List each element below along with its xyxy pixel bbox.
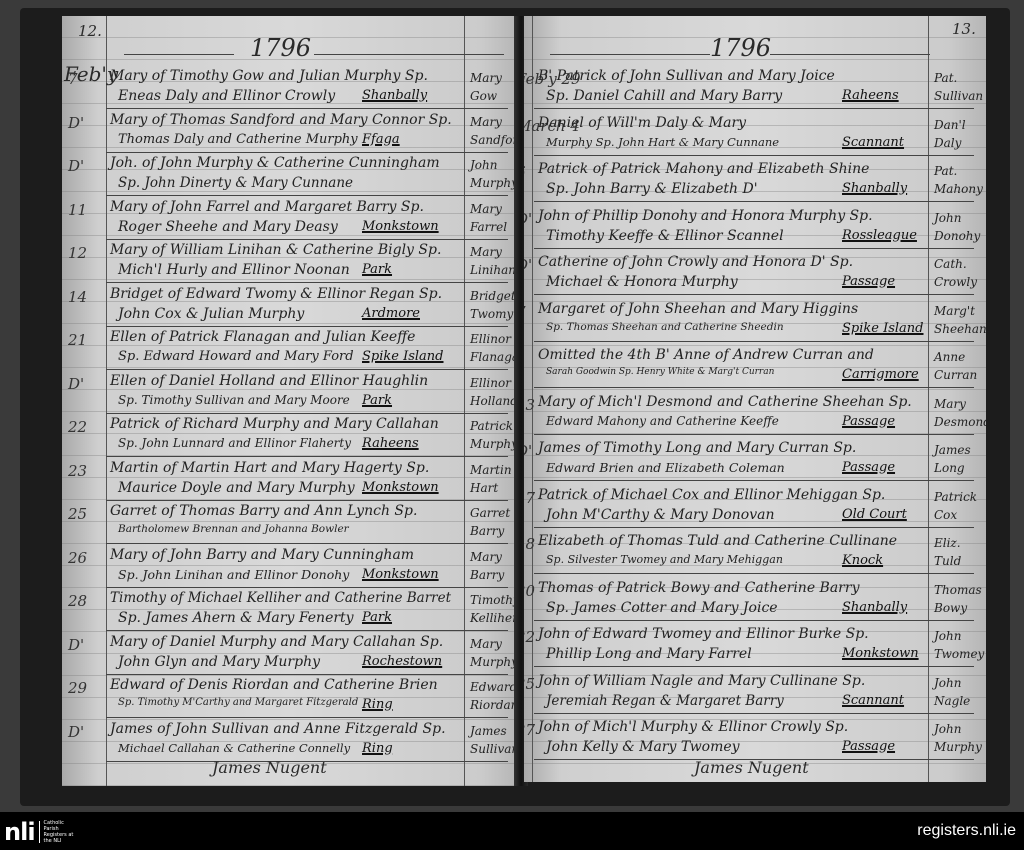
- margin-surname: Sheehan: [934, 321, 986, 337]
- entry-line-sponsors: Timothy Keeffe & Ellinor Scannel: [546, 228, 784, 244]
- margin-surname: Curran: [934, 367, 977, 383]
- entry-line-child-parents: Bridget of Edward Twomy & Ellinor Regan …: [110, 286, 442, 302]
- entry-townland: Ardmore: [362, 306, 420, 321]
- entry-date: D': [524, 442, 532, 460]
- entry-date: 22: [524, 628, 535, 646]
- entry-date: 13: [524, 396, 535, 414]
- entry-townland: Rossleague: [842, 228, 917, 243]
- margin-child-name: Mary: [470, 636, 502, 652]
- margin-column-rule: [464, 16, 465, 786]
- margin-surname: Sullivan: [470, 741, 518, 757]
- entry-line-child-parents: Catherine of John Crowly and Honora D' S…: [538, 254, 853, 270]
- entry-line-child-parents: John of William Nagle and Mary Cullinane…: [538, 673, 865, 689]
- page-number: 13.: [952, 20, 976, 38]
- entry-line-sponsors: Phillip Long and Mary Farrel: [546, 646, 752, 662]
- register-scan: 12. 1796 Feb'y 7Mary of Timothy Gow and …: [0, 0, 1024, 812]
- entry-line-child-parents: Ellen of Patrick Flanagan and Julian Kee…: [110, 329, 415, 345]
- entry-line-child-parents: Edward of Denis Riordan and Catherine Br…: [110, 677, 438, 693]
- entry-line-sponsors: Mich'l Hurly and Ellinor Noonan: [118, 262, 350, 278]
- entry-line-sponsors: Maurice Doyle and Mary Murphy: [118, 480, 355, 496]
- entry-line-sponsors: Sp. Silvester Twomey and Mary Mehiggan: [546, 553, 783, 566]
- entry-townland: Raheens: [362, 436, 419, 451]
- margin-child-name: Edward: [470, 679, 517, 695]
- margin-surname: Twomey: [934, 646, 984, 662]
- entry-townland: Shanbally: [842, 181, 907, 196]
- priest-signature: James Nugent: [694, 758, 809, 777]
- entry-date: D': [524, 210, 532, 228]
- entry-townland: Scannant: [842, 693, 904, 708]
- entry-date: 29: [68, 679, 87, 697]
- margin-surname: Nagle: [934, 693, 970, 709]
- entry-line-sponsors: Sp. James Ahern & Mary Fenerty: [118, 610, 354, 626]
- entry-townland: Park: [362, 610, 392, 625]
- entry-date: 26: [68, 549, 87, 567]
- margin-surname: Farrel: [470, 219, 507, 235]
- year-heading: 1796: [710, 34, 771, 62]
- margin-child-name: Mary: [934, 396, 966, 412]
- entry-line-sponsors: John Cox & Julian Murphy: [118, 306, 304, 322]
- margin-child-name: Mary: [470, 70, 502, 86]
- entry-date: 23: [68, 462, 87, 480]
- margin-surname: Bowy: [934, 600, 967, 616]
- entry-line-child-parents: Ellen of Daniel Holland and Ellinor Haug…: [110, 373, 428, 389]
- margin-child-name: Mary: [470, 114, 502, 130]
- margin-child-name: Garret: [470, 505, 510, 521]
- nli-logo-text: Catholic Parish Registers at the NLI: [44, 820, 80, 844]
- entry-line-child-parents: John of Edward Twomey and Ellinor Burke …: [538, 626, 869, 642]
- entry-line-sponsors: Sarah Goodwin Sp. Henry White & Marg't C…: [546, 367, 774, 377]
- entry-townland: Passage: [842, 414, 895, 429]
- entry-line-child-parents: Joh. of John Murphy & Catherine Cunningh…: [110, 155, 440, 171]
- entry-line-sponsors: John Glyn and Mary Murphy: [118, 654, 320, 670]
- margin-child-name: John: [470, 157, 498, 173]
- margin-child-name: Mary: [470, 201, 502, 217]
- entry-townland: Carrigmore: [842, 367, 919, 382]
- entry-line-child-parents: Garret of Thomas Barry and Ann Lynch Sp.: [110, 503, 417, 519]
- entry-line-sponsors: Roger Sheehe and Mary Deasy: [118, 219, 338, 235]
- entry-line-sponsors: Michael Callahan & Catherine Connelly: [118, 741, 350, 755]
- priest-signature: James Nugent: [212, 758, 327, 777]
- margin-surname: Murphy: [934, 739, 982, 755]
- margin-surname: Barry: [470, 567, 504, 583]
- entry-townland: Park: [362, 393, 392, 408]
- entry-townland: Passage: [842, 460, 895, 475]
- entry-townland: Scannant: [842, 135, 904, 150]
- entry-date: 17: [524, 489, 535, 507]
- margin-child-name: John: [934, 721, 962, 737]
- entry-line-child-parents: Patrick of Richard Murphy and Mary Calla…: [110, 416, 439, 432]
- entry-townland: Old Court: [842, 507, 907, 522]
- margin-column-rule: [928, 16, 929, 782]
- margin-child-name: Anne: [934, 349, 965, 365]
- entry-line-sponsors: Sp. Timothy Sullivan and Mary Moore: [118, 393, 350, 407]
- margin-surname: Hart: [470, 480, 498, 496]
- entry-line-child-parents: Thomas of Patrick Bowy and Catherine Bar…: [538, 580, 859, 596]
- margin-child-name: Eliz.: [934, 535, 961, 551]
- entry-line-child-parents: Mary of William Linihan & Catherine Bigl…: [110, 242, 441, 258]
- entry-line-sponsors: Sp. John Barry & Elizabeth D': [546, 181, 758, 197]
- margin-child-name: Martin: [470, 462, 512, 478]
- entry-line-child-parents: James of Timothy Long and Mary Curran Sp…: [538, 440, 856, 456]
- entry-date: 14: [68, 288, 87, 306]
- margin-surname: Kelliher: [470, 610, 518, 626]
- margin-surname: Daly: [934, 135, 961, 151]
- margin-surname: Sullivan: [934, 88, 983, 104]
- entry-line-sponsors: Murphy Sp. John Hart & Mary Cunnane: [546, 135, 779, 149]
- year-heading: 1796: [250, 34, 311, 62]
- entry-date: D': [524, 256, 532, 274]
- entry-date: 7: [524, 303, 526, 321]
- entry-date: 11: [68, 201, 87, 219]
- margin-child-name: Patrick: [470, 418, 513, 434]
- margin-surname: Sandford: [470, 132, 518, 148]
- entry-date: D': [68, 723, 84, 741]
- entry-line-sponsors: Sp. Daniel Cahill and Mary Barry: [546, 88, 782, 104]
- margin-child-name: Dan'l: [934, 117, 966, 133]
- margin-surname: Desmond: [934, 414, 986, 430]
- margin-child-name: Mary: [470, 549, 502, 565]
- margin-surname: Barry: [470, 523, 504, 539]
- entry-line-sponsors: John Kelly & Mary Twomey: [546, 739, 740, 755]
- entry-line-sponsors: Sp. Thomas Sheehan and Catherine Sheedin: [546, 321, 784, 333]
- entry-townland: Spike Island: [842, 321, 924, 336]
- entry-line-sponsors: Sp. Timothy M'Carthy and Margaret Fitzge…: [118, 697, 358, 708]
- entry-line-child-parents: Mary of Thomas Sandford and Mary Connor …: [110, 112, 452, 128]
- entry-date: 28: [68, 592, 87, 610]
- entry-line-child-parents: John of Phillip Donohy and Honora Murphy…: [538, 208, 873, 224]
- entry-line-child-parents: Mary of Mich'l Desmond and Catherine She…: [538, 394, 912, 410]
- entry-date: 6: [524, 163, 526, 181]
- margin-surname: Murphy: [470, 436, 518, 452]
- entry-line-sponsors: Thomas Daly and Catherine Murphy: [118, 132, 358, 147]
- margin-surname: Crowly: [934, 274, 977, 290]
- entry-line-child-parents: Patrick of Michael Cox and Ellinor Mehig…: [538, 487, 885, 503]
- entry-date: D': [68, 157, 84, 175]
- margin-surname: Donohy: [934, 228, 980, 244]
- margin-child-name: John: [934, 628, 962, 644]
- entry-townland: Monkstown: [362, 567, 439, 582]
- margin-child-name: Thomas: [934, 582, 982, 598]
- margin-child-name: James: [934, 442, 971, 458]
- entry-line-child-parents: Timothy of Michael Kelliher and Catherin…: [110, 590, 451, 606]
- margin-child-name: Ellinor: [470, 331, 511, 347]
- entry-line-sponsors: Sp. John Linihan and Ellinor Donohy: [118, 567, 349, 582]
- entry-townland: Ffaga: [362, 132, 400, 147]
- site-link[interactable]: registers.nli.ie: [917, 822, 1016, 840]
- entry-line-sponsors: Michael & Honora Murphy: [546, 274, 738, 290]
- entry-line-sponsors: Sp. Edward Howard and Mary Ford: [118, 349, 354, 364]
- viewer-footer: nli Catholic Parish Registers at the NLI…: [0, 812, 1024, 850]
- entry-townland: Monkstown: [362, 480, 439, 495]
- entry-date: 21: [68, 331, 87, 349]
- entry-date: 25: [68, 505, 87, 523]
- date-column-rule: [106, 16, 107, 786]
- margin-child-name: Pat.: [934, 70, 957, 86]
- entry-townland: Shanbally: [362, 88, 427, 103]
- entry-townland: Monkstown: [842, 646, 919, 661]
- entry-date: 27: [524, 721, 535, 739]
- margin-surname: Long: [934, 460, 965, 476]
- entry-line-child-parents: Elizabeth of Thomas Tuld and Catherine C…: [538, 533, 897, 549]
- entry-line-child-parents: Patrick of Patrick Mahony and Elizabeth …: [538, 161, 869, 177]
- entry-line-child-parents: Mary of Timothy Gow and Julian Murphy Sp…: [110, 68, 428, 84]
- margin-child-name: Cath.: [934, 256, 967, 272]
- margin-child-name: Pat.: [934, 163, 957, 179]
- entry-line-child-parents: Daniel of Will'm Daly & Mary: [538, 115, 746, 131]
- entry-line-sponsors: Sp. John Dinerty & Mary Cunnane: [118, 175, 353, 191]
- nli-logo-mark: nli: [4, 820, 35, 844]
- entry-date: 22: [68, 418, 87, 436]
- entry-townland: Rochestown: [362, 654, 442, 669]
- entry-townland: Monkstown: [362, 219, 439, 234]
- entry-line-child-parents: Mary of John Farrel and Margaret Barry S…: [110, 199, 424, 215]
- entry-date: 12: [68, 244, 87, 262]
- entry-line-child-parents: Martin of Martin Hart and Mary Hagerty S…: [110, 460, 429, 476]
- entry-line-child-parents: James of John Sullivan and Anne Fitzgera…: [110, 721, 446, 737]
- margin-surname: Riordan: [470, 697, 518, 713]
- margin-surname: Linihan: [470, 262, 516, 278]
- entry-date: 25: [524, 675, 535, 693]
- margin-surname: Holland: [470, 393, 518, 409]
- entry-line-child-parents: Omitted the 4th B' Anne of Andrew Curran…: [538, 347, 874, 363]
- page-number: 12.: [78, 22, 102, 40]
- entry-line-sponsors: Edward Brien and Elizabeth Coleman: [546, 460, 785, 475]
- margin-child-name: John: [934, 210, 962, 226]
- margin-child-name: Mary: [470, 244, 502, 260]
- entry-line-sponsors: Sp. James Cotter and Mary Joice: [546, 600, 778, 616]
- entry-line-child-parents: B' Patrick of John Sullivan and Mary Joi…: [538, 68, 835, 84]
- margin-surname: Murphy: [470, 175, 518, 191]
- margin-surname: Mahony: [934, 181, 983, 197]
- margin-surname: Tuld: [934, 553, 961, 569]
- entry-date: D': [68, 114, 84, 132]
- entry-date: D': [68, 375, 84, 393]
- entry-line-child-parents: Mary of John Barry and Mary Cunningham: [110, 547, 414, 563]
- margin-child-name: Patrick: [934, 489, 977, 505]
- margin-child-name: Timothy: [470, 592, 518, 608]
- margin-surname: Cox: [934, 507, 957, 523]
- entry-townland: Passage: [842, 739, 895, 754]
- entry-line-sponsors: Jeremiah Regan & Margaret Barry: [546, 693, 784, 709]
- margin-surname: Murphy: [470, 654, 518, 670]
- entry-townland: Ring: [362, 697, 393, 712]
- entry-line-sponsors: Bartholomew Brennan and Johanna Bowler: [118, 523, 349, 535]
- margin-child-name: James: [470, 723, 507, 739]
- entry-townland: Park: [362, 262, 392, 277]
- entry-line-sponsors: John M'Carthy & Mary Donovan: [546, 507, 774, 523]
- entry-line-child-parents: John of Mich'l Murphy & Ellinor Crowly S…: [538, 719, 848, 735]
- entry-townland: Raheens: [842, 88, 899, 103]
- entry-townland: Passage: [842, 274, 895, 289]
- entry-line-sponsors: Edward Mahony and Catherine Keeffe: [546, 414, 779, 428]
- entry-date: D': [68, 636, 84, 654]
- entry-townland: Spike Island: [362, 349, 444, 364]
- entry-date: 18: [524, 535, 535, 553]
- entry-date: 20: [524, 582, 535, 600]
- margin-child-name: Bridget: [470, 288, 516, 304]
- left-page: 12. 1796 Feb'y 7Mary of Timothy Gow and …: [62, 16, 518, 786]
- margin-surname: Gow: [470, 88, 497, 104]
- entry-townland: Shanbally: [842, 600, 907, 615]
- entry-line-child-parents: Margaret of John Sheehan and Mary Higgin…: [538, 301, 858, 317]
- margin-child-name: Ellinor: [470, 375, 511, 391]
- entry-date: 7: [68, 70, 78, 88]
- margin-child-name: Marg't: [934, 303, 975, 319]
- entry-line-sponsors: Sp. John Lunnard and Ellinor Flaherty: [118, 436, 351, 450]
- entry-line-child-parents: Mary of Daniel Murphy and Mary Callahan …: [110, 634, 443, 650]
- right-page: 13. 1796 Feb'y 29B' Patrick of John Sull…: [524, 16, 986, 782]
- entry-line-sponsors: Eneas Daly and Ellinor Crowly: [118, 88, 335, 104]
- entry-townland: Knock: [842, 553, 883, 568]
- margin-surname: Flanagan: [470, 349, 518, 365]
- entry-townland: Ring: [362, 741, 393, 756]
- margin-child-name: John: [934, 675, 962, 691]
- nli-logo[interactable]: nli Catholic Parish Registers at the NLI: [4, 820, 80, 844]
- margin-surname: Twomy: [470, 306, 513, 322]
